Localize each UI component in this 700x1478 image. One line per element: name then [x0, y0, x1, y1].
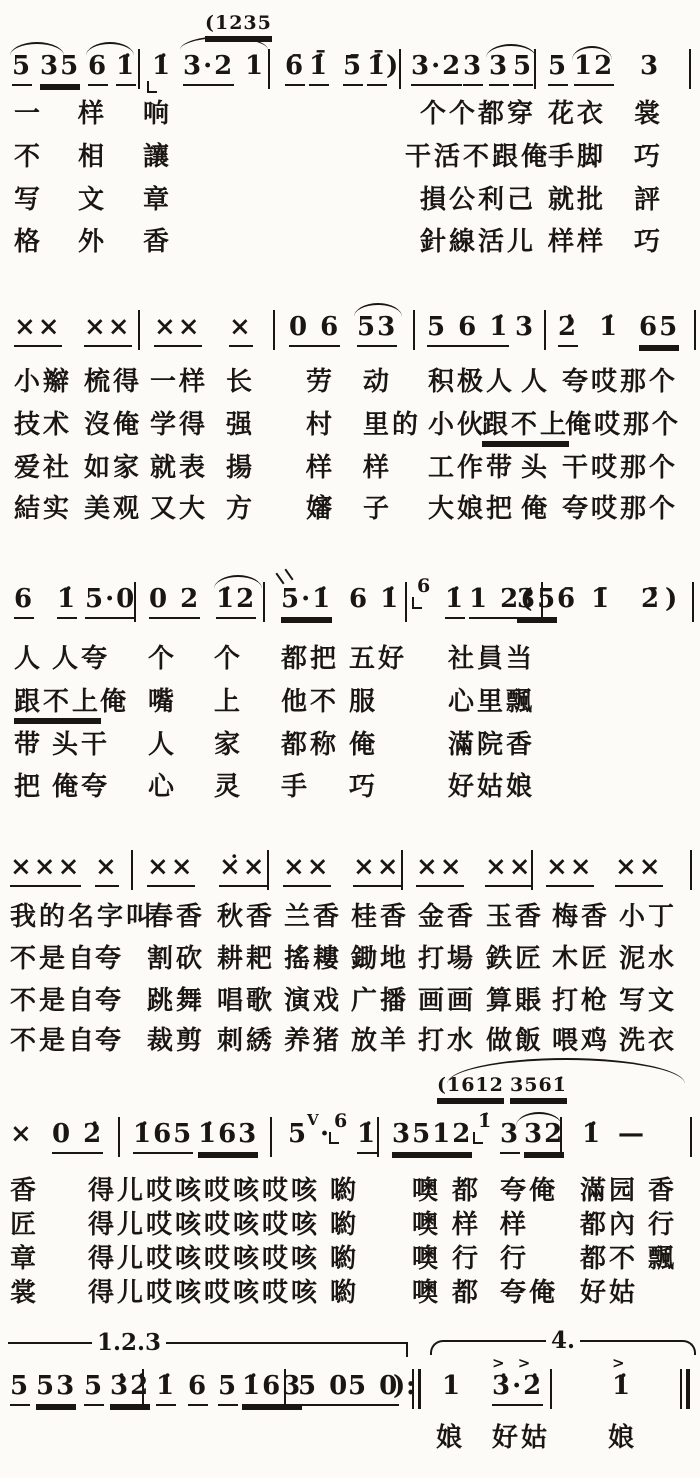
note: 1̇ [599, 313, 619, 345]
lyric: 匠 [10, 1211, 39, 1240]
barline [131, 850, 133, 890]
lyric: 裳 [634, 100, 663, 129]
note: 6 [417, 576, 432, 600]
note: 5 [548, 52, 568, 86]
lyric: 跳舞 [147, 987, 205, 1016]
lyric: 心 [148, 773, 177, 802]
lyric: 梅香 [552, 903, 610, 932]
note: × [10, 1120, 34, 1152]
lyric: 人 [521, 368, 550, 397]
lyric: 洗衣 [619, 1027, 677, 1056]
note: ×× [485, 853, 533, 887]
note: 35 [40, 52, 80, 86]
slur [354, 303, 402, 317]
note: 1̇65 [133, 1120, 193, 1154]
lyric: 俺夸 [52, 773, 110, 802]
lyric: 干哎那个 [562, 454, 678, 483]
note: 3 [515, 313, 535, 345]
lyric: 得儿 [88, 1279, 146, 1308]
barline [531, 850, 533, 890]
lyric: 上 [214, 688, 243, 717]
accent-marks: > > [492, 1354, 534, 1372]
sheet-music-page: 53561̇1̇3·216̄1̇̄5̄1̇̄)3·23355123(1235一样… [0, 0, 700, 1478]
lyric: 鋤地 [351, 945, 409, 974]
lyric: 文 [78, 186, 107, 215]
note: 3 [463, 52, 483, 86]
lyric: 俺 [521, 495, 550, 524]
note: 2̇ [558, 313, 578, 347]
note: 35 [517, 585, 557, 619]
note: 5 [218, 1372, 238, 1406]
lyric: 都称 [281, 731, 339, 760]
lyric: 喲 [330, 1279, 359, 1308]
note: 1̇63 [198, 1120, 258, 1154]
glissando-mark [275, 573, 284, 585]
lyric: 損公利己 [420, 186, 536, 215]
lyric: 外 [78, 228, 107, 257]
lyric: 裁剪 [147, 1027, 205, 1056]
note: 1̇̄ [367, 52, 387, 86]
lyric: 巧 [634, 228, 663, 257]
lyric: 兰香 [284, 903, 342, 932]
barline [689, 49, 691, 89]
lyric: 广播 [351, 987, 409, 1016]
lyric: 得儿 [88, 1211, 146, 1240]
lyric: 喂鸡 [552, 1027, 610, 1056]
lyric: 喲 [330, 1245, 359, 1274]
slur [214, 575, 262, 589]
lyric: 木匠 [552, 945, 610, 974]
barline [142, 1369, 144, 1409]
slur [10, 42, 64, 56]
lyric: 不 [14, 143, 43, 172]
lyric: 手脚 [548, 143, 606, 172]
lyric: 章 [143, 186, 172, 215]
lyric: 喲 [330, 1177, 359, 1206]
lyric: 人 [148, 731, 177, 760]
lyric: 噢 [412, 1279, 441, 1308]
lyric: 俺哎那个 [565, 411, 681, 440]
lyric: 人夸 [52, 645, 110, 674]
barline [134, 582, 136, 622]
barline [263, 582, 265, 622]
note: 5 0 [298, 1372, 349, 1406]
lyric: 刺綉 [217, 1027, 275, 1056]
lyric: 大娘把 [428, 495, 515, 524]
note: ×× [353, 853, 401, 887]
lyric: 桂香 [351, 903, 409, 932]
barline [692, 582, 694, 622]
note: 2̄ [641, 585, 661, 617]
note: 3̇·2̇ [492, 1372, 543, 1406]
barline [690, 850, 692, 890]
lyric: 唱歌 [217, 987, 275, 1016]
note: ×× [14, 313, 62, 347]
lyric: 花衣 [548, 100, 606, 129]
note: 1̇ [478, 1111, 493, 1135]
lyric: 写 [14, 186, 43, 215]
lyric: 鉄匠 [486, 945, 544, 974]
lyric: 裳 [10, 1279, 39, 1308]
note: 3 [640, 52, 660, 84]
slur [86, 42, 134, 56]
barline [118, 1117, 120, 1157]
lyric: 长 [226, 368, 255, 397]
slur [180, 36, 268, 50]
note: × [95, 853, 119, 887]
barline [270, 1117, 272, 1157]
barline [418, 1369, 421, 1409]
note: 65 [639, 313, 679, 347]
lyric: 都把 [281, 645, 339, 674]
lyric: 泥水 [619, 945, 677, 974]
lyric: 梳得 [84, 368, 142, 397]
lyric: 养猪 [284, 1027, 342, 1056]
barline [284, 1369, 286, 1409]
lyric: 不是自 [10, 1027, 97, 1056]
lyric: 灵 [214, 773, 243, 802]
note: × [229, 313, 253, 347]
lyric: 割砍 [147, 945, 205, 974]
lyric: 噢 [412, 1245, 441, 1274]
lyric: 样 [306, 454, 335, 483]
note: 1̇ [612, 1372, 632, 1404]
note: 6 1̇ [349, 585, 400, 617]
note: 1̇ [357, 1120, 377, 1154]
lyric: 打水 [418, 1027, 476, 1056]
volta-bracket [8, 1342, 408, 1357]
lyric: 样 [363, 454, 392, 483]
note: 1̇63 [242, 1372, 302, 1406]
lyric: 手 [281, 773, 310, 802]
lyric: 好姑 [580, 1279, 638, 1308]
volta-label: 4. [546, 1328, 580, 1353]
lyric: 学得 [150, 411, 208, 440]
lyric: 娘 [608, 1424, 637, 1453]
lyric: 不是自 [10, 987, 97, 1016]
lyric: 样 [452, 1211, 481, 1240]
barline [401, 850, 403, 890]
lyric: 就表 [150, 454, 208, 483]
lyric: 打場 [418, 945, 476, 974]
lyric: 相 [78, 143, 107, 172]
note: 1̇ [582, 1120, 602, 1152]
lyric: 个 [148, 645, 177, 674]
lyric: 哎咳哎咳哎咳 [146, 1211, 320, 1240]
note: ) [665, 585, 679, 617]
lyric: 滿园 [580, 1177, 638, 1206]
lyric: 格 [14, 228, 43, 257]
lyric: 样 [500, 1211, 529, 1240]
lyric: 打枪 [552, 987, 610, 1016]
lyric: 耕耙 [217, 945, 275, 974]
note: 6 [334, 1111, 349, 1135]
lyric: 巧 [634, 143, 663, 172]
lyric: 小伙 [428, 411, 486, 440]
note: 6 [188, 1372, 208, 1406]
note: 1̇ [152, 52, 172, 84]
note: 6 [88, 52, 108, 86]
lyric: 得儿 [88, 1245, 146, 1274]
lyric: 春香 [147, 903, 205, 932]
lyric: 結实 [14, 495, 72, 524]
lyric: 样样 [548, 228, 606, 257]
barline [690, 1117, 692, 1157]
note: 5 0 [348, 1372, 399, 1406]
note: — [618, 1120, 646, 1152]
lyric: 哎咳哎咳哎咳 [146, 1245, 320, 1274]
lyric: 夸 [95, 1027, 124, 1056]
note: 1 [245, 52, 265, 84]
lyric: 劳 [306, 368, 335, 397]
note: ×× [615, 853, 663, 887]
barline [138, 310, 140, 350]
lyric: 干活不跟俺 [405, 143, 550, 172]
note: 1̇̄ [309, 52, 329, 86]
lyric: 針線活儿 [420, 228, 536, 257]
lyric: 都內 [580, 1211, 638, 1240]
lyric: 讓 [143, 143, 172, 172]
lyric: 夸 [95, 945, 124, 974]
glissando-mark [284, 569, 293, 581]
note: ×̇× [219, 853, 267, 887]
lyric: 子 [363, 495, 392, 524]
lyric: 如家 [84, 454, 142, 483]
lyric: 方 [226, 495, 255, 524]
note: 5 [84, 1372, 104, 1406]
lyric: 得儿 [88, 1177, 146, 1206]
accent-marks: > [612, 1354, 629, 1372]
note: 53 [36, 1372, 76, 1406]
note: ×× [154, 313, 202, 347]
lyric: 又大 [150, 495, 208, 524]
lyric: 心里飄 [448, 688, 535, 717]
note: V [307, 1112, 321, 1131]
note: 53 [357, 313, 397, 347]
barline [273, 310, 275, 350]
lyric: 一 [14, 100, 43, 129]
lyric: 就批 [548, 186, 606, 215]
lyric: 夸俺 [500, 1279, 558, 1308]
note: 1̇ [445, 585, 465, 619]
lyric: 滿院香 [448, 731, 535, 760]
lyric: 夸俺 [500, 1177, 558, 1206]
lyric: 香 [10, 1177, 39, 1206]
lyric: 玉香 [486, 903, 544, 932]
lyric: 工作带 [428, 454, 515, 483]
note: 3̇2̇ [110, 1372, 150, 1406]
note: 5 6 1̇ [427, 313, 509, 347]
lyric: 章 [10, 1245, 39, 1274]
note: ×× [283, 853, 331, 887]
lyric: 飄 [648, 1245, 677, 1274]
note: 1̇ [156, 1372, 176, 1406]
lyric: 响 [143, 100, 172, 129]
lyric: 个个都穿 [420, 100, 536, 129]
barline [405, 582, 407, 622]
slur [516, 1112, 562, 1126]
lyric: 里的 [363, 411, 421, 440]
note: 3·2 [411, 52, 462, 86]
note: 1̇2 [216, 585, 256, 619]
lyric: 他不 [281, 688, 339, 717]
lyric: 噢 [412, 1211, 441, 1240]
lyric: 做飯 [486, 1027, 544, 1056]
lyric: 村 [306, 411, 335, 440]
note: 0 2 [149, 585, 200, 619]
barline [694, 310, 696, 350]
note: 3·2 [183, 52, 234, 86]
lyric: 香 [648, 1177, 677, 1206]
lyric: 个 [214, 645, 243, 674]
lyric: 带 [14, 731, 43, 760]
lyric: 搖耬 [284, 945, 342, 974]
lyric: 俺 [100, 688, 129, 717]
lyric: 噢 [412, 1177, 441, 1206]
lyric: 揚 [226, 454, 255, 483]
note: 6 [14, 585, 34, 619]
lyric: 嬸 [306, 495, 335, 524]
lyric: 动 [363, 368, 392, 397]
slur [447, 1058, 685, 1084]
lyric: 小辮 [14, 368, 72, 397]
lyric: 都 [452, 1279, 481, 1308]
barline [268, 49, 270, 89]
note: 6̄ [285, 52, 305, 86]
note: 5 [10, 1372, 30, 1406]
barline [138, 49, 140, 89]
lyric: 头 [521, 454, 550, 483]
lyric: 香 [143, 228, 172, 257]
lyric: 画画 [418, 987, 476, 1016]
lyric: 写文 [619, 987, 677, 1016]
note: 0 2̇ [52, 1120, 103, 1154]
lyric: 都 [452, 1177, 481, 1206]
lyric: 家 [214, 731, 243, 760]
lyric: 行 [452, 1245, 481, 1274]
lyric: 好姑娘 [448, 773, 535, 802]
barline [267, 850, 269, 890]
note: 3512 [392, 1120, 472, 1154]
barline [686, 1369, 690, 1409]
lyric: 社員当 [448, 645, 535, 674]
lyric: 爱社 [14, 454, 72, 483]
note: 1̇ [116, 52, 136, 86]
barline [541, 582, 543, 622]
lyric: 跟不上 [482, 411, 569, 443]
note: ×× [546, 853, 594, 887]
lyric: 服 [349, 688, 378, 717]
lyric: 娘 [436, 1424, 465, 1453]
note: 6̄ [557, 585, 577, 617]
note: 1 [442, 1372, 462, 1404]
lyric: 样 [78, 100, 107, 129]
lyric: 好姑 [492, 1424, 550, 1453]
barline [550, 1369, 552, 1409]
lyric: 夸哎那个 [562, 368, 678, 397]
note: 1̄ [591, 585, 611, 617]
barline [399, 49, 401, 89]
lyric: 夸哎那个 [562, 495, 678, 524]
lyric: 沒俺 [84, 411, 142, 440]
lyric: 一样 [150, 368, 208, 397]
lyric: 积极人 [428, 368, 515, 397]
lyric: 秋香 [217, 903, 275, 932]
slur [572, 46, 612, 60]
lyric: 哎咳哎咳哎咳 [146, 1279, 320, 1308]
lyric: 演戏 [284, 987, 342, 1016]
lyric: 我的名字叫 [10, 903, 155, 932]
note: ××× [10, 853, 81, 887]
grace-notes: (1235 [205, 12, 272, 38]
slur [486, 44, 536, 58]
lyric: 人 [14, 645, 43, 674]
lyric: 夸 [95, 987, 124, 1016]
lyric: 小丁 [619, 903, 677, 932]
lyric: 都不 [580, 1245, 638, 1274]
lyric: 哎咳哎咳哎咳 [146, 1177, 320, 1206]
lyric: 放羊 [351, 1027, 409, 1056]
lyric: 头干 [52, 731, 110, 760]
note: 5 [288, 1120, 308, 1152]
barline [544, 310, 546, 350]
lyric: 跟不上 [14, 688, 101, 720]
lyric: 行 [500, 1245, 529, 1274]
note: 5·0 [85, 585, 136, 619]
note: 5̄ [343, 52, 363, 86]
note: 1̇ [57, 585, 77, 619]
lyric: 算賬 [486, 987, 544, 1016]
lyric: 行 [648, 1211, 677, 1240]
lyric: 美观 [84, 495, 142, 524]
barline [377, 1117, 379, 1157]
lyric: 嘴 [148, 688, 177, 717]
note: ×× [84, 313, 132, 347]
lyric: 强 [226, 411, 255, 440]
lyric: 金香 [418, 903, 476, 932]
lyric: 巧 [349, 773, 378, 802]
barline [413, 310, 415, 350]
lyric: 俺 [349, 731, 378, 760]
lyric: 把 [14, 773, 43, 802]
lyric: 評 [634, 186, 663, 215]
lyric: 技术 [14, 411, 72, 440]
volta-label: 1.2.3 [92, 1330, 166, 1355]
lyric: 不是自 [10, 945, 97, 974]
lyric: 五好 [349, 645, 407, 674]
note: 0 6 [289, 313, 340, 347]
lyric: 喲 [330, 1211, 359, 1240]
note: ×× [147, 853, 195, 887]
note: ×× [416, 853, 464, 887]
note: 5·1̇ [281, 585, 332, 619]
note: 5 [12, 52, 32, 86]
